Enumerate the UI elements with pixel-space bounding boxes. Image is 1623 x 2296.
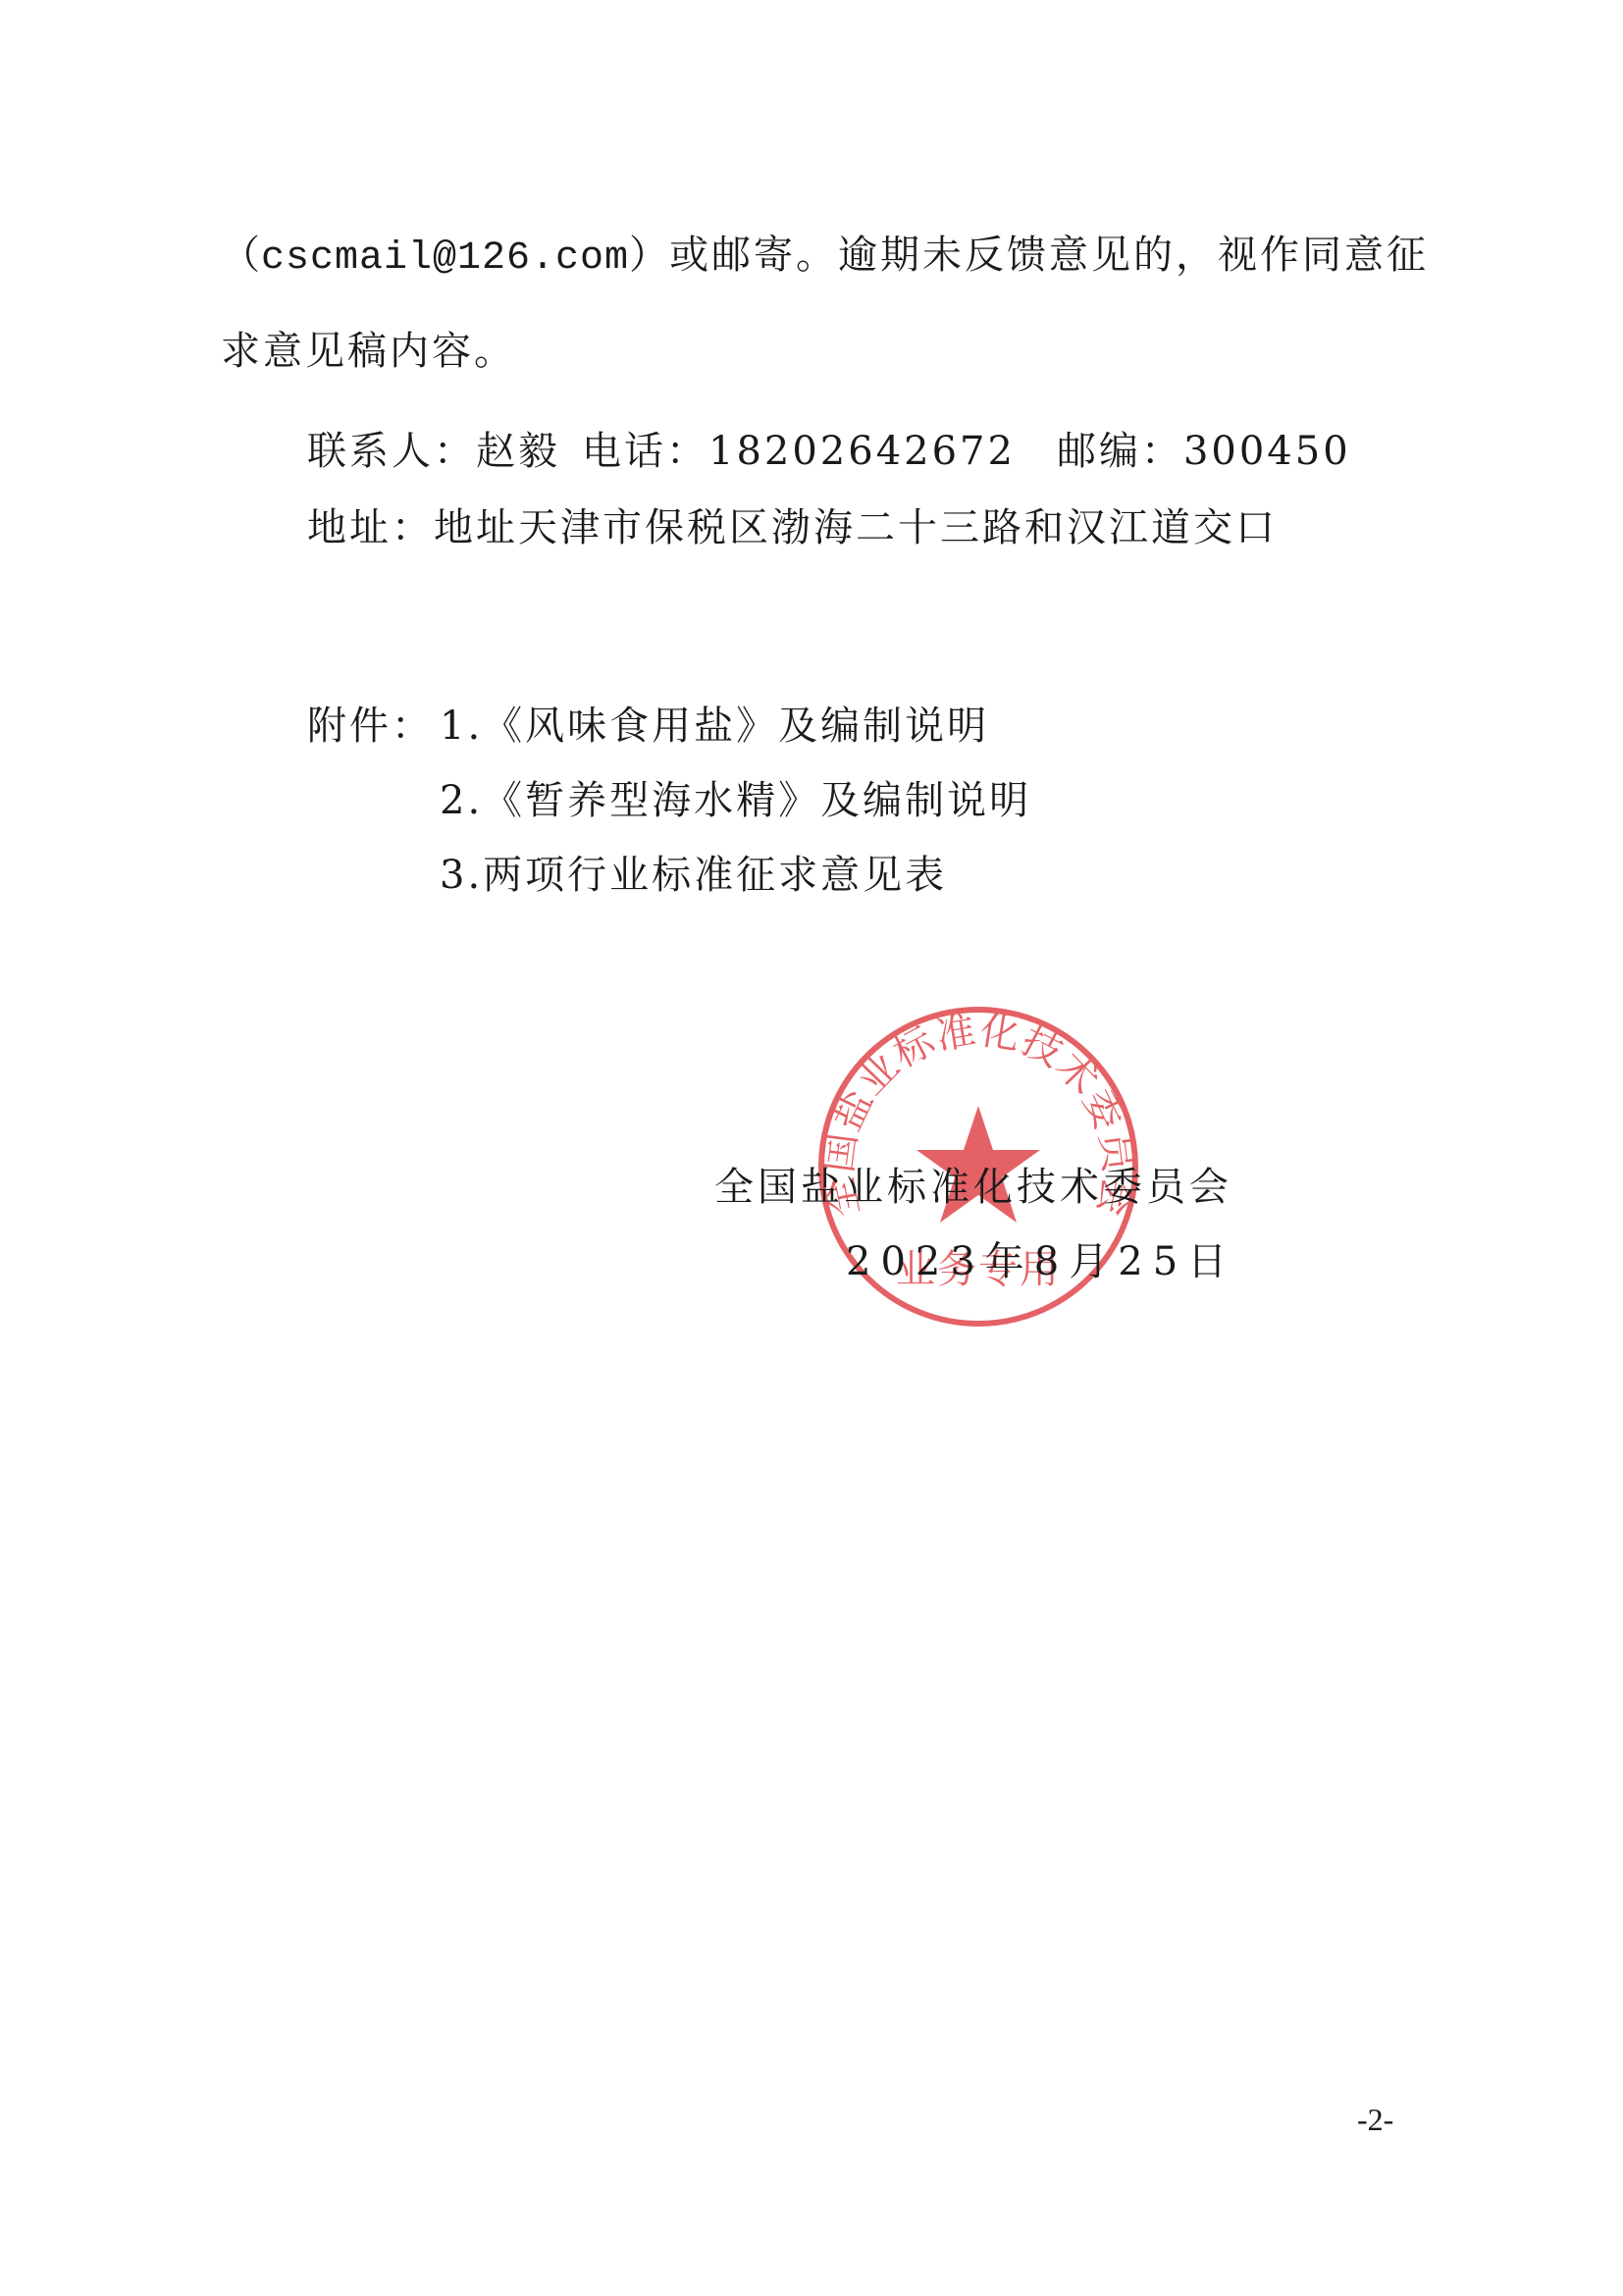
body-paragraph-line-2: 求意见稿内容。	[221, 324, 516, 379]
contact-person-label: 联系人：	[307, 429, 476, 474]
contact-person-name: 赵毅	[476, 429, 560, 474]
attachments-label: 附件：	[307, 699, 434, 754]
signing-date: 2023年8月25日	[846, 1234, 1236, 1289]
contact-line: 联系人：赵毅电话：18202642672邮编：300450	[307, 424, 1351, 479]
address-label: 地址：	[307, 505, 434, 550]
phone-label: 电话：	[582, 429, 708, 474]
body-paragraph-line-1: （cscmail@126.com）或邮寄。逾期未反馈意见的，视作同意征	[221, 228, 1429, 287]
page-number: -2-	[1357, 2100, 1393, 2139]
email-address: （cscmail@126.com）	[221, 236, 669, 281]
signing-organization: 全国盐业标准化技术委员会	[714, 1160, 1232, 1215]
attachment-item-2: 2.《暂养型海水精》及编制说明	[440, 773, 1031, 828]
address-value: 地址天津市保税区渤海二十三路和汉江道交口	[434, 505, 1278, 550]
attachment-item-1: 1.《风味食用盐》及编制说明	[440, 699, 989, 754]
address-line: 地址：地址天津市保税区渤海二十三路和汉江道交口	[307, 500, 1278, 555]
postcode: 300450	[1183, 429, 1351, 474]
paragraph-text: 或邮寄。逾期未反馈意见的，视作同意征	[669, 233, 1429, 278]
postcode-label: 邮编：	[1057, 429, 1183, 474]
attachment-item-3: 3.两项行业标准征求意见表	[440, 848, 947, 903]
phone-number: 18202642672	[708, 429, 1016, 474]
